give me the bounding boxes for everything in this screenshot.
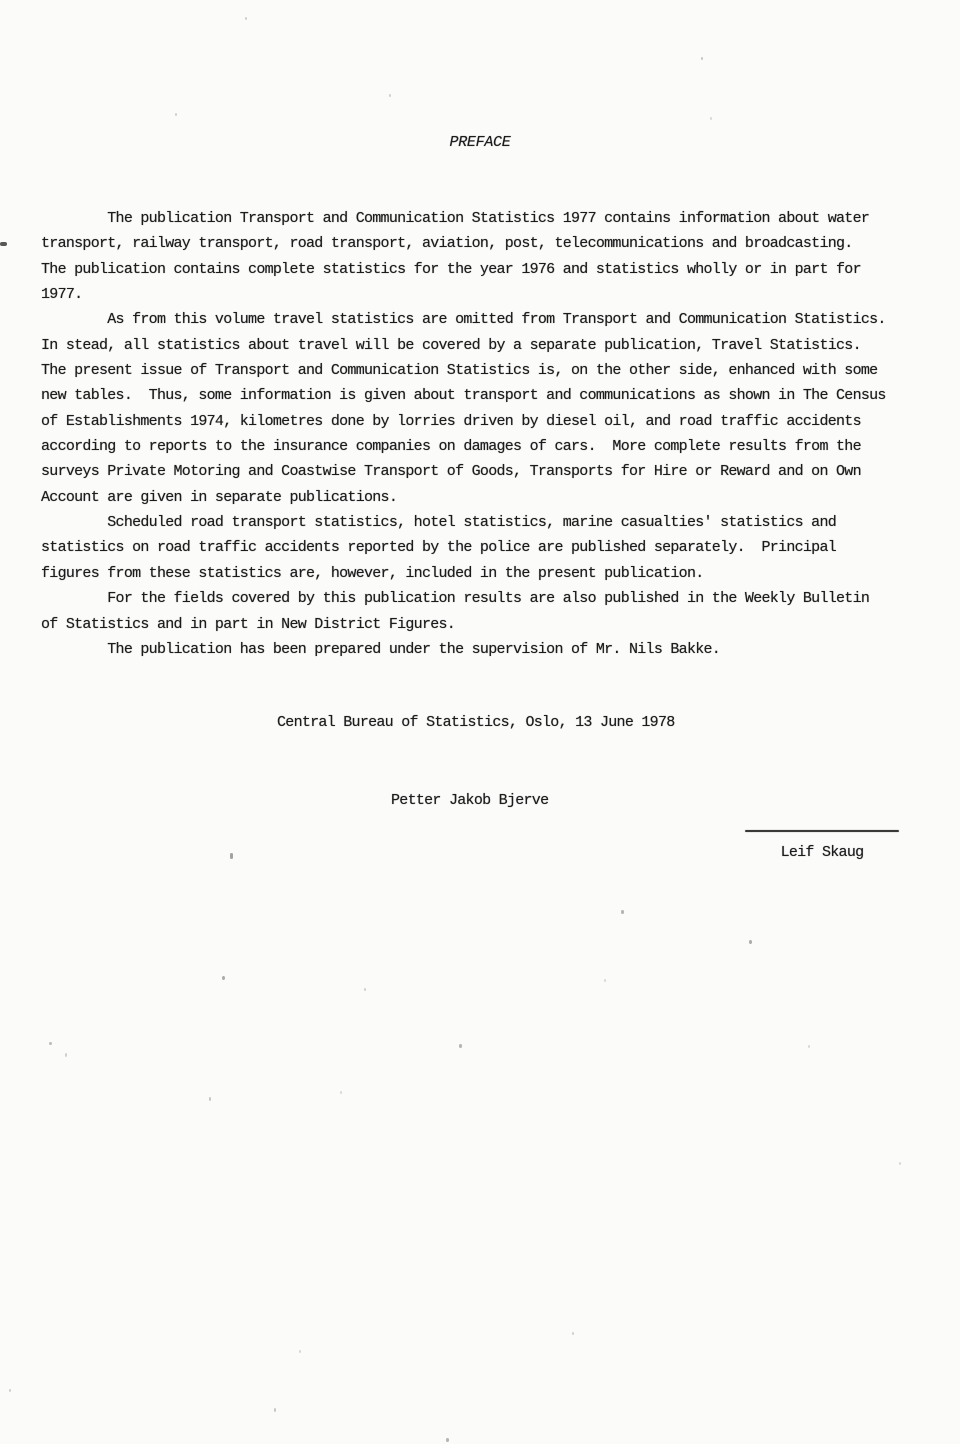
signature-name: Leif Skaug <box>781 843 864 863</box>
scan-speck <box>899 1162 901 1165</box>
scan-speck <box>175 113 177 116</box>
scan-speck <box>299 1350 301 1353</box>
scanned-preface-page: PREFACE The publication Transport and Co… <box>0 0 960 1444</box>
scan-speck <box>446 1438 449 1442</box>
scan-speck <box>222 976 225 980</box>
dateline: Central Bureau of Statistics, Oslo, 13 J… <box>277 712 675 734</box>
scan-speck <box>364 988 366 991</box>
scan-margin-mark <box>0 242 7 246</box>
scan-speck <box>65 1053 67 1057</box>
preface-body-text: The publication Transport and Communicat… <box>41 206 886 662</box>
signature-rule <box>745 830 899 832</box>
scan-speck <box>749 940 752 944</box>
scan-speck <box>230 853 233 859</box>
scan-speck <box>245 17 247 20</box>
signature-director-name: Petter Jakob Bjerve <box>391 790 548 812</box>
scan-speck <box>459 1044 462 1048</box>
scan-speck <box>604 979 606 982</box>
scan-speck <box>621 910 624 914</box>
scan-speck <box>274 1408 276 1412</box>
signature-block: Leif Skaug <box>745 830 899 863</box>
scan-speck <box>701 57 703 60</box>
scan-speck <box>572 1332 574 1335</box>
page-title: PREFACE <box>0 132 960 154</box>
scan-speck <box>209 1097 211 1101</box>
scan-speck <box>9 1389 11 1392</box>
scan-speck <box>710 117 712 120</box>
scan-speck <box>808 1045 810 1048</box>
scan-speck <box>389 94 391 97</box>
scan-speck <box>340 1091 342 1094</box>
scan-speck <box>49 1042 52 1045</box>
